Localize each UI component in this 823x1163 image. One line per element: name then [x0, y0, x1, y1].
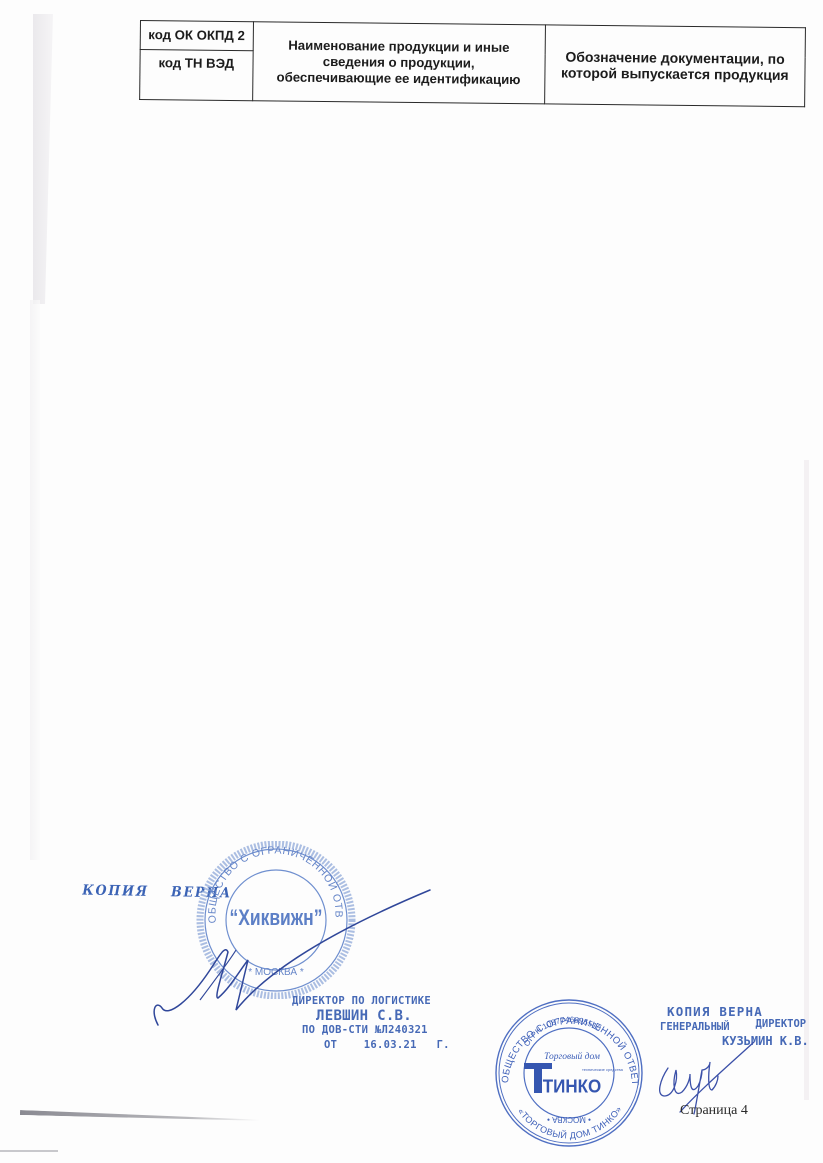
svg-text:технические средства: технические средства	[582, 1067, 624, 1072]
header-line: обеспечивающие ее идентификацию	[257, 69, 540, 88]
power-of-attorney: По дов-сти №Л240321	[302, 1023, 450, 1038]
header-cell-product-name: Наименование продукции и иные сведения о…	[252, 22, 545, 104]
signatory-name: Левшин С.В.	[316, 1009, 450, 1024]
page-number: Страница 4	[680, 1103, 748, 1119]
signatory-position-right: директор	[756, 1018, 807, 1030]
svg-text:Торговый дом: Торговый дом	[544, 1051, 600, 1062]
scan-edge-artifact	[33, 14, 53, 304]
header-line: которой выпускается продукция	[549, 64, 800, 83]
svg-text:ТИНКО: ТИНКО	[543, 1076, 602, 1097]
scan-edge-artifact	[20, 1110, 260, 1122]
signatory-position-line: Генеральныйдиректор	[660, 1020, 809, 1035]
scan-edge-artifact	[30, 300, 40, 860]
header-cell-tnved: код ТН ВЭД	[140, 50, 253, 101]
header-table-wrapper: код ОК ОКПД 2 Наименование продукции и и…	[139, 20, 806, 127]
power-of-attorney-date: от 16.03.21 г.	[324, 1038, 450, 1053]
scan-edge-artifact	[0, 1150, 58, 1152]
left-signatory-block: Директор по логистике Левшин С.В. По дов…	[292, 994, 450, 1052]
svg-text:ОБЩЕСТВО С ОГРАНИЧЕННОЙ ОТВЕТС: ОБЩЕСТВО С ОГРАНИЧЕННОЙ ОТВЕТСТВЕННОСТЬЮ	[494, 997, 640, 1086]
svg-text:• МОСКВА •: • МОСКВА •	[547, 1115, 591, 1124]
svg-text:ОГРН 1087746895510: ОГРН 1087746895510	[522, 1015, 603, 1048]
header-cell-documentation: Обозначение документации, по которой вып…	[544, 25, 805, 107]
header-table: код ОК ОКПД 2 Наименование продукции и и…	[139, 20, 806, 107]
company-seal-tinko: ОБЩЕСТВО С ОГРАНИЧЕННОЙ ОТВЕТСТВЕННОСТЬЮ…	[494, 997, 644, 1149]
signatory-position-left: Генеральный	[660, 1021, 730, 1033]
scan-edge-artifact	[804, 460, 809, 1100]
header-line: Наименование продукции и иные	[257, 37, 540, 56]
signatory-position: Директор по логистике	[292, 994, 450, 1009]
header-cell-okpd: код ОК ОКПД 2	[140, 21, 253, 51]
